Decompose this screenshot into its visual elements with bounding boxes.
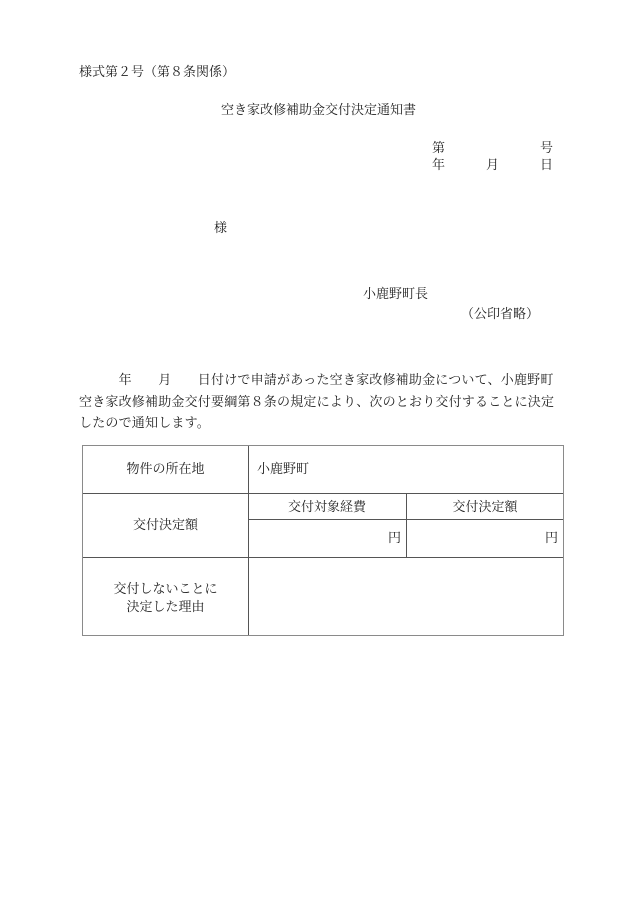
eligible-cost-unit: 円 — [388, 532, 401, 545]
eligible-cost-field[interactable] — [249, 520, 405, 556]
document-title: 空き家改修補助金交付決定通知書 — [221, 104, 416, 117]
eligible-cost-header: 交付対象経費 — [248, 501, 406, 514]
body-line-2: 空き家改修補助金交付要綱第８条の規定により、次のとおり交付することに決定 — [79, 392, 569, 414]
decided-amount-field[interactable] — [407, 520, 563, 556]
reason-label-line-1: 交付しないことに — [83, 583, 248, 596]
reason-field[interactable] — [249, 558, 563, 635]
row-divider — [83, 493, 563, 494]
amount-label: 交付決定額 — [83, 519, 248, 532]
issuer-name: 小鹿野町長 — [363, 288, 428, 301]
date-year: 年 — [432, 159, 445, 172]
number-prefix: 第 — [432, 142, 445, 155]
decided-amount-header: 交付決定額 — [406, 501, 564, 514]
date-month: 月 — [486, 159, 499, 172]
location-value: 小鹿野町 — [257, 463, 309, 476]
date-day: 日 — [540, 159, 553, 172]
form-number: 様式第２号（第８条関係） — [79, 66, 235, 79]
seal-note: （公印省略） — [461, 308, 539, 321]
body-line-1: 年 月 日付けで申請があった空き家改修補助金について、小鹿野町 — [79, 370, 569, 392]
notice-body: 年 月 日付けで申請があった空き家改修補助金について、小鹿野町 空き家改修補助金… — [79, 370, 569, 435]
number-suffix: 号 — [540, 142, 553, 155]
location-label: 物件の所在地 — [83, 463, 248, 476]
recipient-honorific: 様 — [214, 222, 227, 235]
decided-amount-unit: 円 — [545, 532, 558, 545]
decision-table: 物件の所在地 小鹿野町 交付決定額 交付対象経費 交付決定額 円 円 交付しない… — [82, 445, 564, 636]
reason-label-line-2: 決定した理由 — [83, 601, 248, 614]
body-line-3: したので通知します。 — [79, 413, 569, 435]
